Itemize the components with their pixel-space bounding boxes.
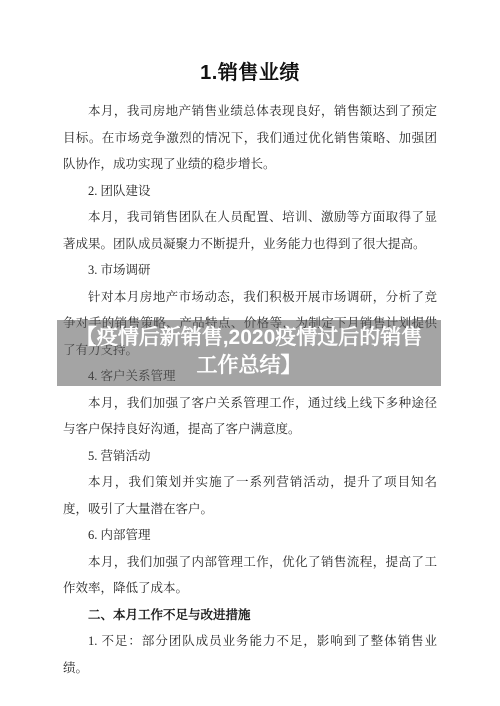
heading-shortcomings-improvements: 二、本月工作不足与改进措施 xyxy=(63,602,437,629)
heading-marketing-activities: 5. 营销活动 xyxy=(63,443,437,470)
paragraph-marketing-activities: 本月，我们策划并实施了一系列营销活动，提升了项目知名度，吸引了大量潜在客户。 xyxy=(63,469,437,522)
paragraph-customer-relations: 本月，我们加强了客户关系管理工作，通过线上线下多种途径与客户保持良好沟通，提高了… xyxy=(63,390,437,443)
paragraph-team-building: 本月，我司销售团队在人员配置、培训、激励等方面取得了显著成果。团队成员凝聚力不断… xyxy=(63,204,437,257)
watermark-text-line2: 工作总结】 xyxy=(57,352,441,380)
watermark-overlay: 【疫情后新销售,2020疫情过后的销售 工作总结】 xyxy=(57,320,441,386)
heading-market-research: 3. 市场调研 xyxy=(63,257,437,284)
document-page: 1.销售业绩 本月，我司房地产销售业绩总体表现良好，销售额达到了预定目标。在市场… xyxy=(0,0,500,706)
document-title: 1.销售业绩 xyxy=(0,0,500,88)
paragraph-sales-performance: 本月，我司房地产销售业绩总体表现良好，销售额达到了预定目标。在市场竞争激烈的情况… xyxy=(63,98,437,178)
paragraph-internal-management: 本月，我们加强了内部管理工作，优化了销售流程，提高了工作效率，降低了成本。 xyxy=(63,549,437,602)
watermark-text-line1: 【疫情后新销售,2020疫情过后的销售 xyxy=(57,324,441,352)
heading-team-building: 2. 团队建设 xyxy=(63,178,437,205)
paragraph-shortcomings: 1. 不足：部分团队成员业务能力不足，影响到了整体销售业绩。 xyxy=(63,628,437,681)
heading-internal-management: 6. 内部管理 xyxy=(63,522,437,549)
document-body: 本月，我司房地产销售业绩总体表现良好，销售额达到了预定目标。在市场竞争激烈的情况… xyxy=(63,98,437,681)
